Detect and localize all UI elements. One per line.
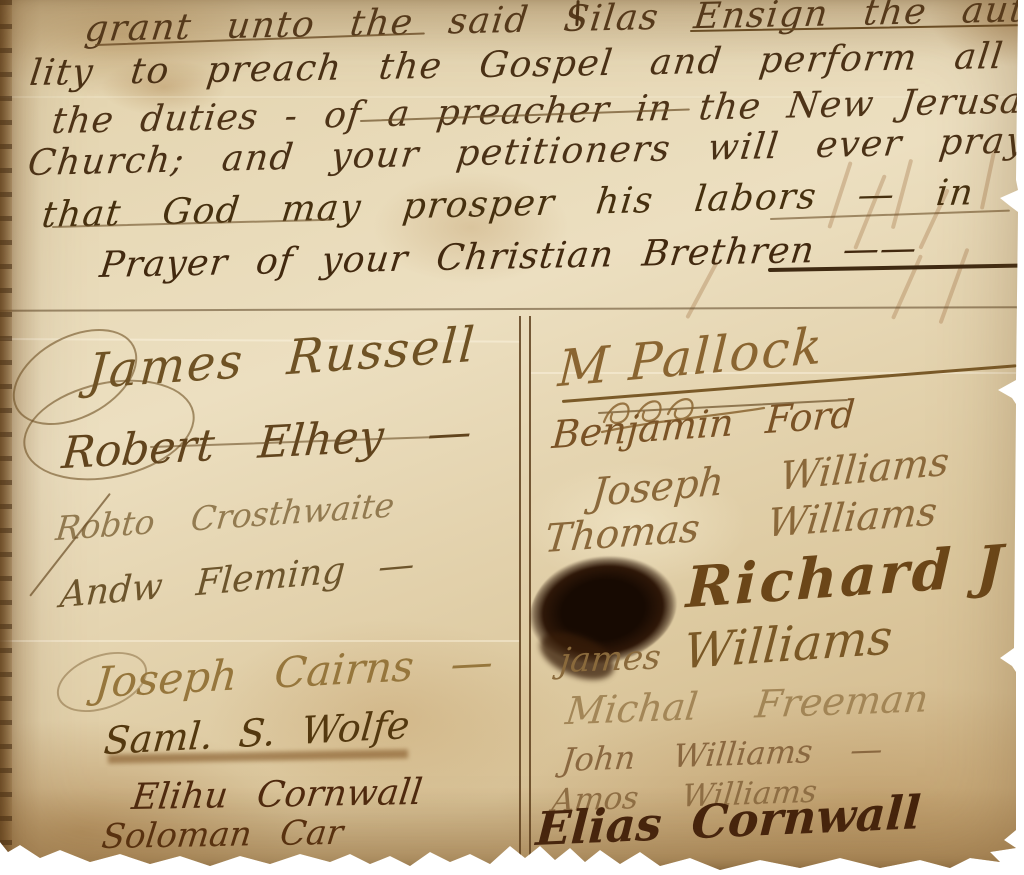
deckled-left-edge (0, 0, 12, 875)
signature-elias-cornwall: Elias Cornwall (535, 789, 923, 852)
manuscript-page: grant unto the said Silas Ensign the aut… (0, 0, 1024, 875)
petition-line-5: that God may prosper his labors — in the (40, 173, 1024, 234)
signature-james-small: james (558, 640, 662, 678)
signature-james-russell: James Russell (86, 321, 478, 396)
bleed-through-stroke (938, 248, 969, 325)
column-divider (519, 316, 531, 875)
ruled-line (0, 306, 1024, 312)
signature-john-williams: John Williams — (560, 733, 884, 776)
signature-richard: Richard J (685, 538, 1007, 617)
signature-williams-large: Williams (682, 613, 894, 676)
signature-soloman-car: Soloman Car (100, 816, 345, 854)
signature-andw-fleming: Andw Fleming — (59, 547, 416, 614)
signature-elihu-cornwall: Elihu Cornwall (130, 775, 424, 816)
signature-benjamin-ford: Benjamin Ford (551, 395, 857, 454)
signature-michal-freeman: Michal Freeman (564, 679, 931, 730)
petition-line-6: Prayer of your Christian Brethren —— (98, 231, 919, 284)
signature-joseph-cairns: Joseph Cairns — (93, 641, 495, 704)
